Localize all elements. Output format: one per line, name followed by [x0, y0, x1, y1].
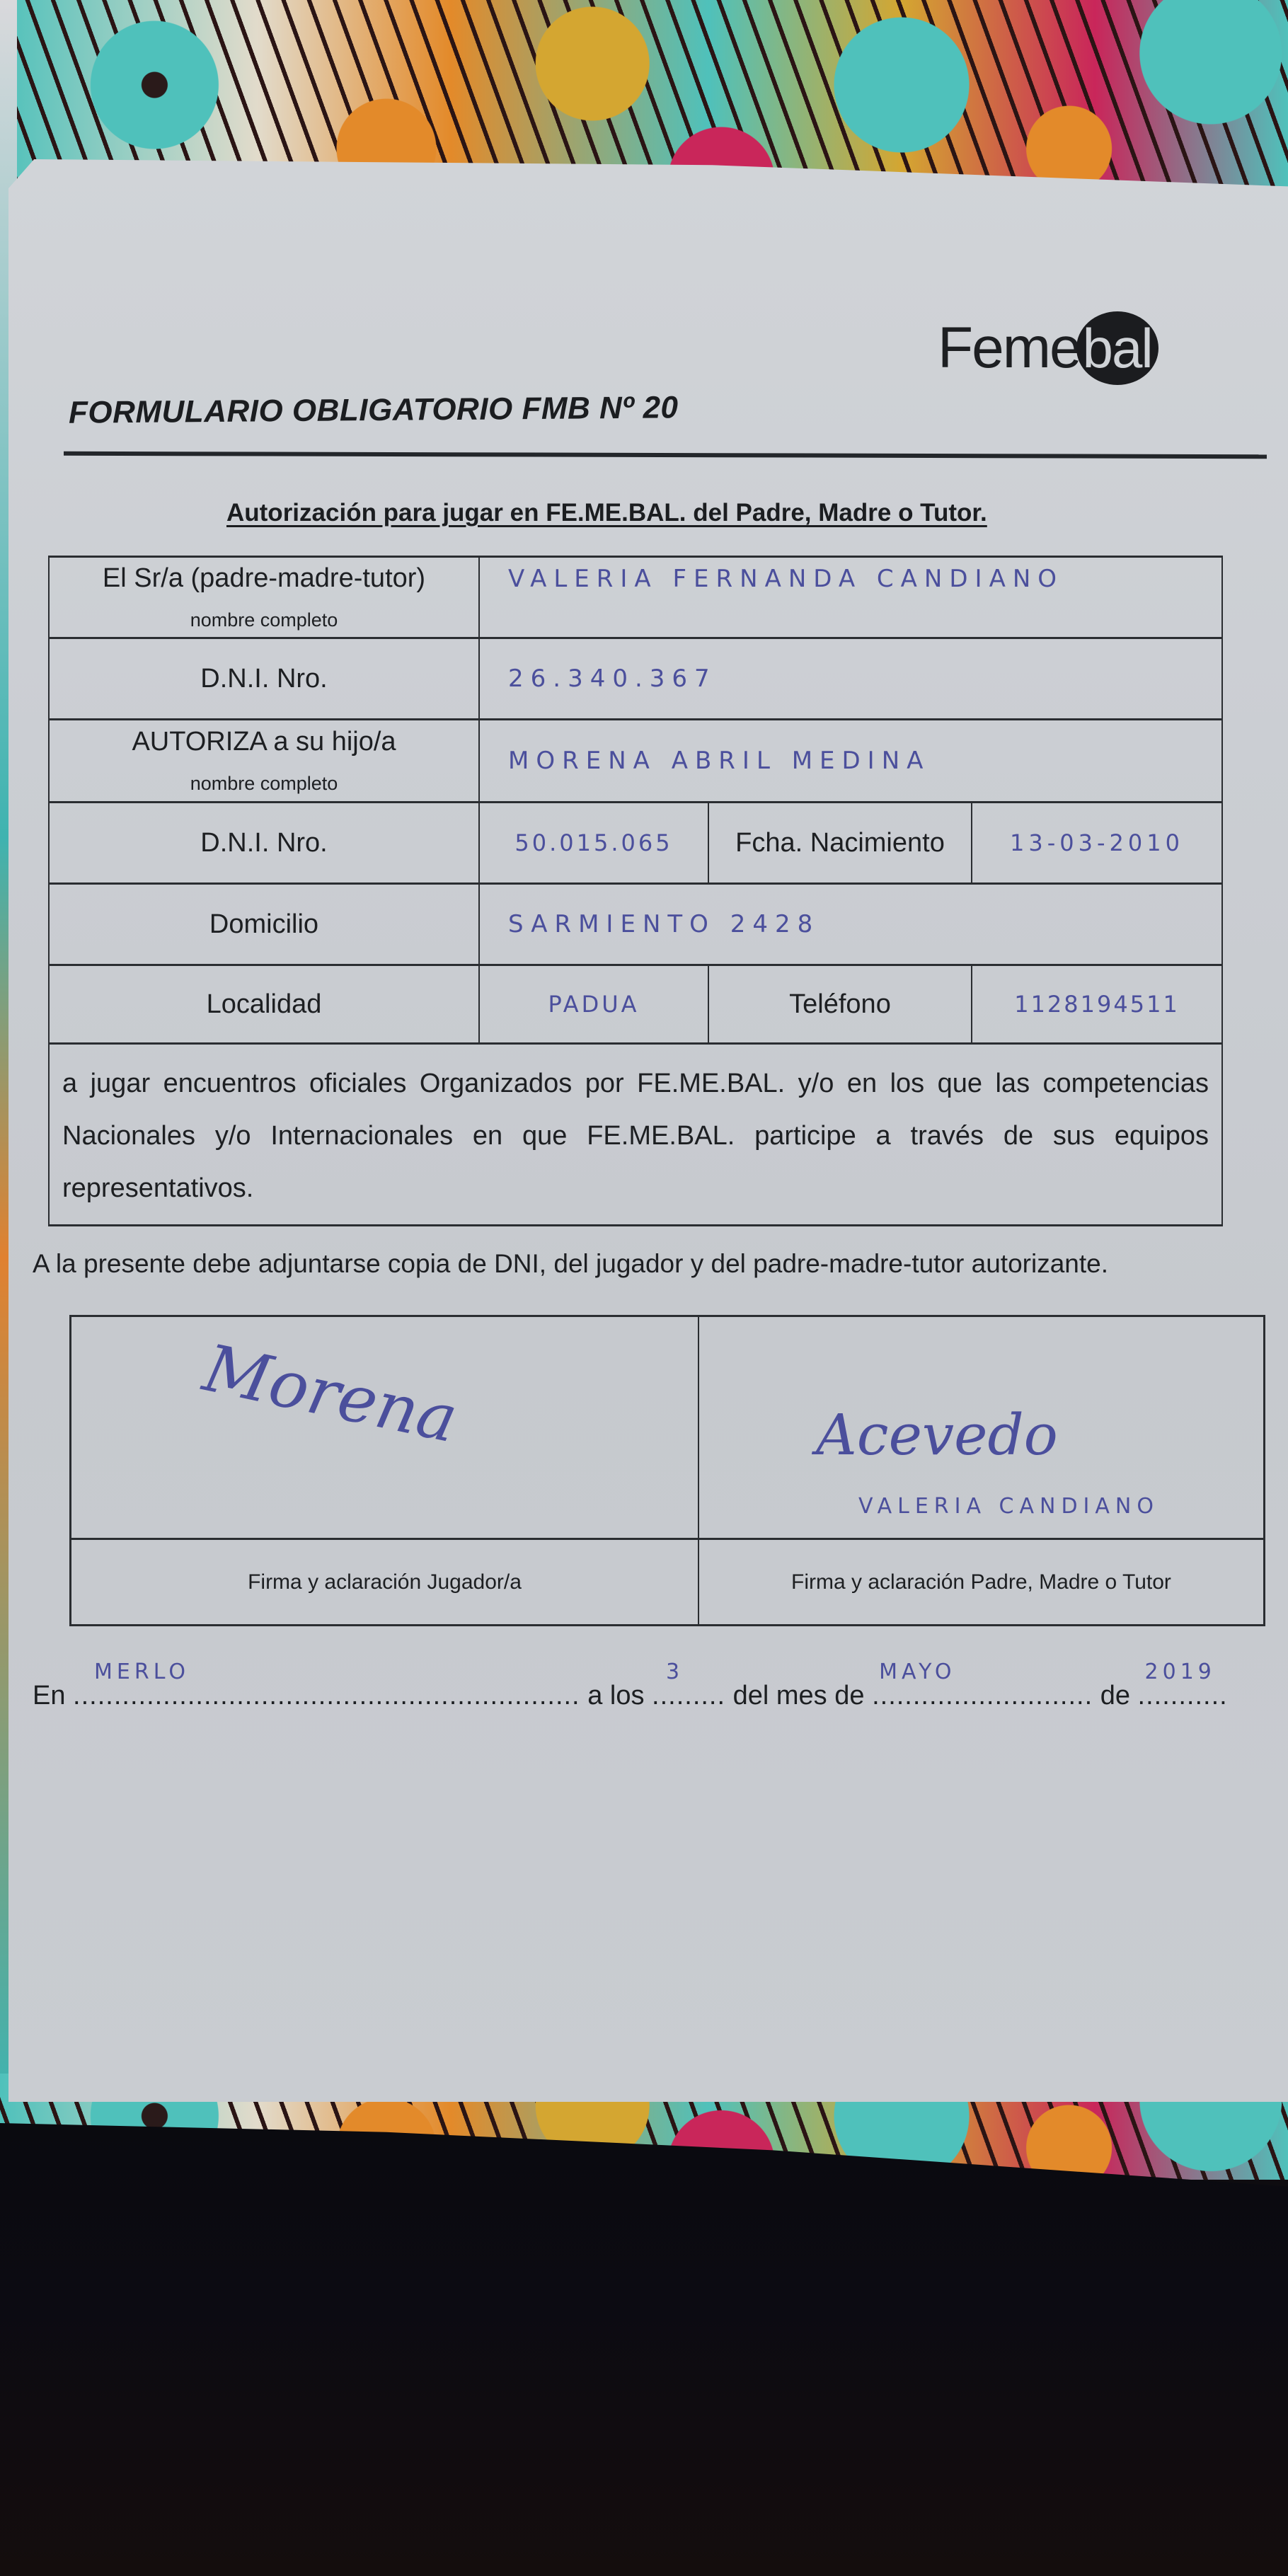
player-signature: Morena — [197, 1330, 464, 1458]
row-guardian-dni: D.N.I. Nro. 26.340.367 — [48, 637, 1223, 718]
row-guardian-name: El Sr/a (padre-madre-tutor) nombre compl… — [48, 556, 1223, 637]
address-value: SARMIENTO 2428 — [508, 910, 820, 938]
month-label: del mes de — [733, 1681, 865, 1710]
logo-ball-icon: bal — [1076, 311, 1158, 385]
day-label: a los — [587, 1681, 644, 1710]
place-dots: ........................................… — [73, 1681, 580, 1710]
year-dots: ........... — [1138, 1681, 1228, 1710]
year-value: 2019 — [1145, 1660, 1216, 1684]
day-field[interactable]: .........3 — [652, 1681, 725, 1710]
address-field[interactable]: SARMIENTO 2428 — [478, 885, 1223, 964]
address-label-cell: Domicilio — [48, 885, 478, 964]
locality-field[interactable]: PADUA — [478, 966, 708, 1042]
femebal-logo: Feme bal — [938, 311, 1158, 385]
row-child-dni: D.N.I. Nro. 50.015.065 Fcha. Nacimiento … — [48, 801, 1223, 882]
logo-text: Feme — [938, 315, 1081, 381]
player-caption-cell: Firma y aclaración Jugador/a — [71, 1540, 699, 1624]
dark-surface — [0, 2123, 1288, 2576]
attachment-note: A la presente debe adjuntarse copia de D… — [33, 1249, 1108, 1279]
guardian-signature: Acevedo — [816, 1402, 1058, 1468]
child-name-value: MORENA ABRIL MEDINA — [508, 747, 930, 775]
signature-table: Morena Acevedo VALERIA CANDIANO Firma y … — [69, 1315, 1265, 1626]
guardian-label: El Sr/a (padre-madre-tutor) — [103, 563, 425, 594]
guardian-name-field[interactable]: VALERIA FERNANDA CANDIANO — [478, 558, 1223, 637]
guardian-clarification: VALERIA CANDIANO — [858, 1494, 1159, 1519]
child-label-cell: AUTORIZA a su hijo/a nombre completo — [48, 720, 478, 801]
en-label: En — [33, 1681, 65, 1710]
guardian-name-value: VALERIA FERNANDA CANDIANO — [508, 565, 1064, 593]
birthdate-label-cell: Fcha. Nacimiento — [708, 803, 971, 882]
guardian-dni-label-cell: D.N.I. Nro. — [48, 639, 478, 718]
month-field[interactable]: ...........................MAYO — [872, 1681, 1093, 1710]
place-field[interactable]: ........................................… — [73, 1681, 580, 1710]
guardian-label-cell: El Sr/a (padre-madre-tutor) nombre compl… — [48, 558, 478, 637]
guardian-dni-label: D.N.I. Nro. — [200, 664, 327, 694]
child-label: AUTORIZA a su hijo/a — [132, 727, 396, 757]
locality-value: PADUA — [548, 991, 639, 1018]
child-dni-label-cell: D.N.I. Nro. — [48, 803, 478, 882]
phone-value: 1128194511 — [1014, 991, 1180, 1018]
form-title: FORMULARIO OBLIGATORIO FMB Nº 20 — [69, 390, 679, 431]
phone-label: Teléfono — [789, 989, 891, 1020]
place-value: MERLO — [94, 1660, 190, 1684]
birthdate-value: 13-03-2010 — [1010, 829, 1184, 856]
child-dni-label: D.N.I. Nro. — [200, 828, 327, 858]
row-locality: Localidad PADUA Teléfono 1128194511 — [48, 964, 1223, 1042]
birthdate-label: Fcha. Nacimiento — [735, 828, 945, 858]
year-label: de — [1100, 1681, 1130, 1710]
guardian-dni-field[interactable]: 26.340.367 — [478, 639, 1223, 718]
year-field[interactable]: ...........2019 — [1138, 1681, 1228, 1710]
child-dni-value: 50.015.065 — [514, 829, 672, 856]
guardian-dni-value: 26.340.367 — [508, 665, 717, 693]
day-dots: ......... — [652, 1681, 725, 1710]
place-date-line: En .....................................… — [33, 1681, 1228, 1711]
authorization-text: a jugar encuentros oficiales Organizados… — [48, 1042, 1223, 1226]
guardian-sublabel: nombre completo — [190, 609, 338, 631]
form-subtitle: Autorización para jugar en FE.ME.BAL. de… — [226, 499, 987, 527]
guardian-caption-cell: Firma y aclaración Padre, Madre o Tutor — [699, 1540, 1263, 1624]
birthdate-field[interactable]: 13-03-2010 — [971, 803, 1223, 882]
month-value: MAYO — [879, 1660, 955, 1684]
month-dots: ........................... — [872, 1681, 1093, 1710]
child-sublabel: nombre completo — [190, 773, 338, 795]
player-signature-box[interactable]: Morena — [71, 1317, 699, 1540]
child-dni-field[interactable]: 50.015.065 — [478, 803, 708, 882]
day-value: 3 — [666, 1660, 684, 1684]
row-child-name: AUTORIZA a su hijo/a nombre completo MOR… — [48, 718, 1223, 801]
address-label: Domicilio — [209, 909, 318, 940]
guardian-caption: Firma y aclaración Padre, Madre o Tutor — [699, 1540, 1263, 1624]
guardian-signature-box[interactable]: Acevedo VALERIA CANDIANO — [699, 1317, 1263, 1540]
locality-label-cell: Localidad — [48, 966, 478, 1042]
phone-label-cell: Teléfono — [708, 966, 971, 1042]
locality-label: Localidad — [207, 989, 322, 1020]
authorization-table: El Sr/a (padre-madre-tutor) nombre compl… — [48, 556, 1223, 1226]
row-address: Domicilio SARMIENTO 2428 — [48, 882, 1223, 964]
child-name-field[interactable]: MORENA ABRIL MEDINA — [478, 720, 1223, 801]
phone-field[interactable]: 1128194511 — [971, 966, 1223, 1042]
player-caption: Firma y aclaración Jugador/a — [71, 1540, 698, 1624]
